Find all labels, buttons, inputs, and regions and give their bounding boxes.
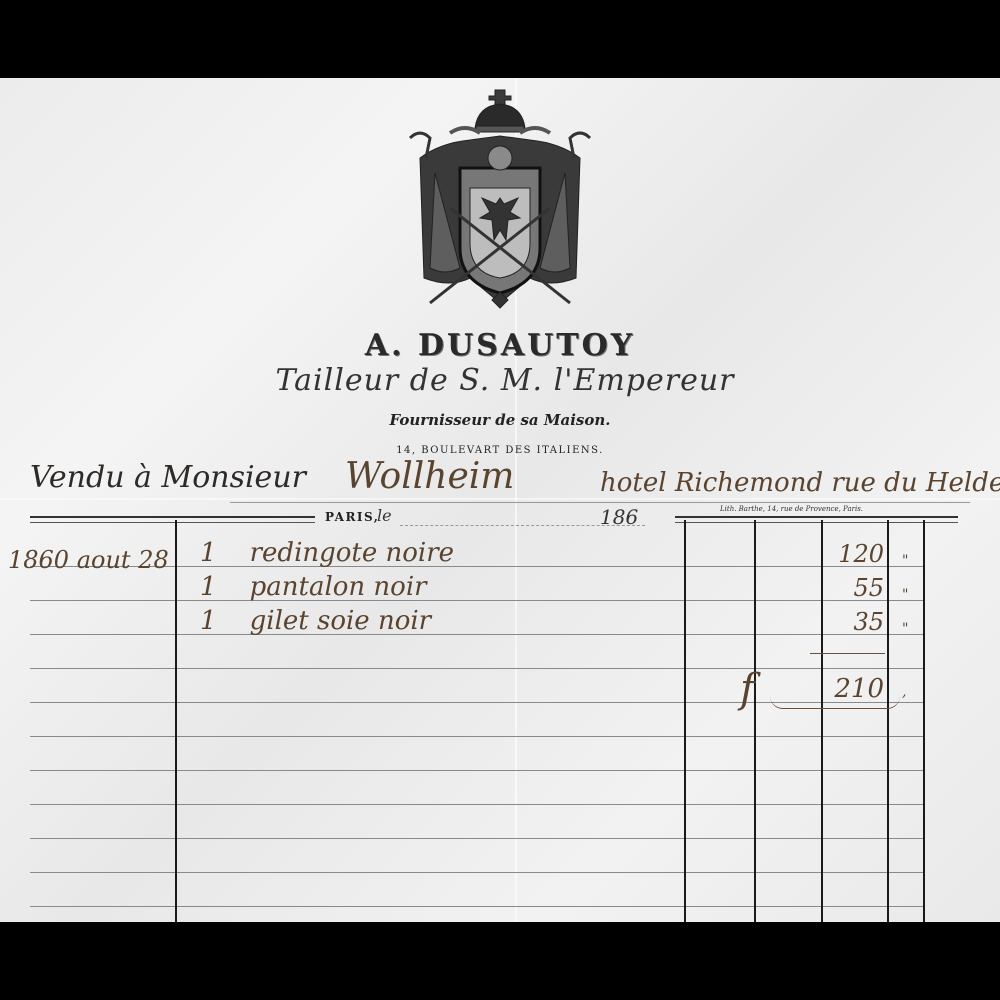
column-divider-francs: [821, 520, 823, 922]
line-item: 1 gilet soie noir: [200, 606, 431, 636]
year-prefix: 186: [600, 505, 638, 529]
column-divider-date: [175, 520, 177, 922]
date-prefix: le: [377, 506, 392, 525]
invoice-paper: A. DUSAUTOY Tailleur de S. M. l'Empereur…: [0, 78, 1000, 922]
left-header-rule: [30, 516, 315, 523]
total-flourish: [770, 696, 900, 709]
ruled-line: [30, 906, 925, 907]
total-cents: ,: [902, 684, 906, 700]
entry-date: 1860 aout 28: [8, 546, 169, 574]
column-divider-cents: [887, 520, 889, 922]
client-name: Wollheim: [345, 456, 514, 497]
item-amount: 120: [828, 540, 884, 568]
printer-credit: Lith. Barthe, 14, rue de Provence, Paris…: [720, 505, 863, 513]
firm-name: A. DUSAUTOY: [0, 328, 1000, 363]
city-label: PARIS,: [325, 510, 379, 524]
item-description: pantalon noir: [250, 572, 427, 602]
item-amount: 55: [828, 574, 884, 602]
column-divider-end: [923, 520, 925, 922]
ruled-line: [30, 634, 925, 635]
item-cents: ": [902, 553, 908, 569]
item-description: gilet soie noir: [250, 606, 431, 636]
francs-symbol: f: [740, 666, 755, 712]
ruled-line: [30, 600, 925, 601]
column-divider-2: [754, 520, 756, 922]
paper-fold-horizontal: [0, 498, 1000, 500]
item-description: redingote noire: [250, 538, 454, 568]
client-underline: [230, 502, 970, 503]
line-item: 1 pantalon noir: [200, 572, 427, 602]
item-qty: 1: [200, 538, 217, 568]
imperial-coat-of-arms-icon: [400, 88, 600, 320]
ruled-line: [30, 736, 925, 737]
firm-address: 14, BOULEVART DES ITALIENS.: [0, 445, 1000, 456]
sold-to-label: Vendu à Monsieur: [30, 460, 306, 495]
item-cents: ": [902, 621, 908, 637]
ruled-line: [30, 872, 925, 873]
ruled-line: [30, 668, 925, 669]
column-divider-1: [684, 520, 686, 922]
firm-supplier-line: Fournisseur de sa Maison.: [0, 411, 1000, 429]
ruled-line: [30, 770, 925, 771]
total-separator: [810, 653, 885, 655]
client-address: hotel Richemond rue du Helder: [600, 468, 1000, 498]
line-item: 1 redingote noire: [200, 538, 454, 568]
item-qty: 1: [200, 572, 217, 602]
ruled-line: [30, 804, 925, 805]
ruled-line: [30, 838, 925, 839]
item-cents: ": [902, 587, 908, 603]
firm-title: Tailleur de S. M. l'Empereur: [270, 363, 740, 398]
item-qty: 1: [200, 606, 217, 636]
right-header-rule: [675, 516, 958, 523]
item-amount: 35: [828, 608, 884, 636]
